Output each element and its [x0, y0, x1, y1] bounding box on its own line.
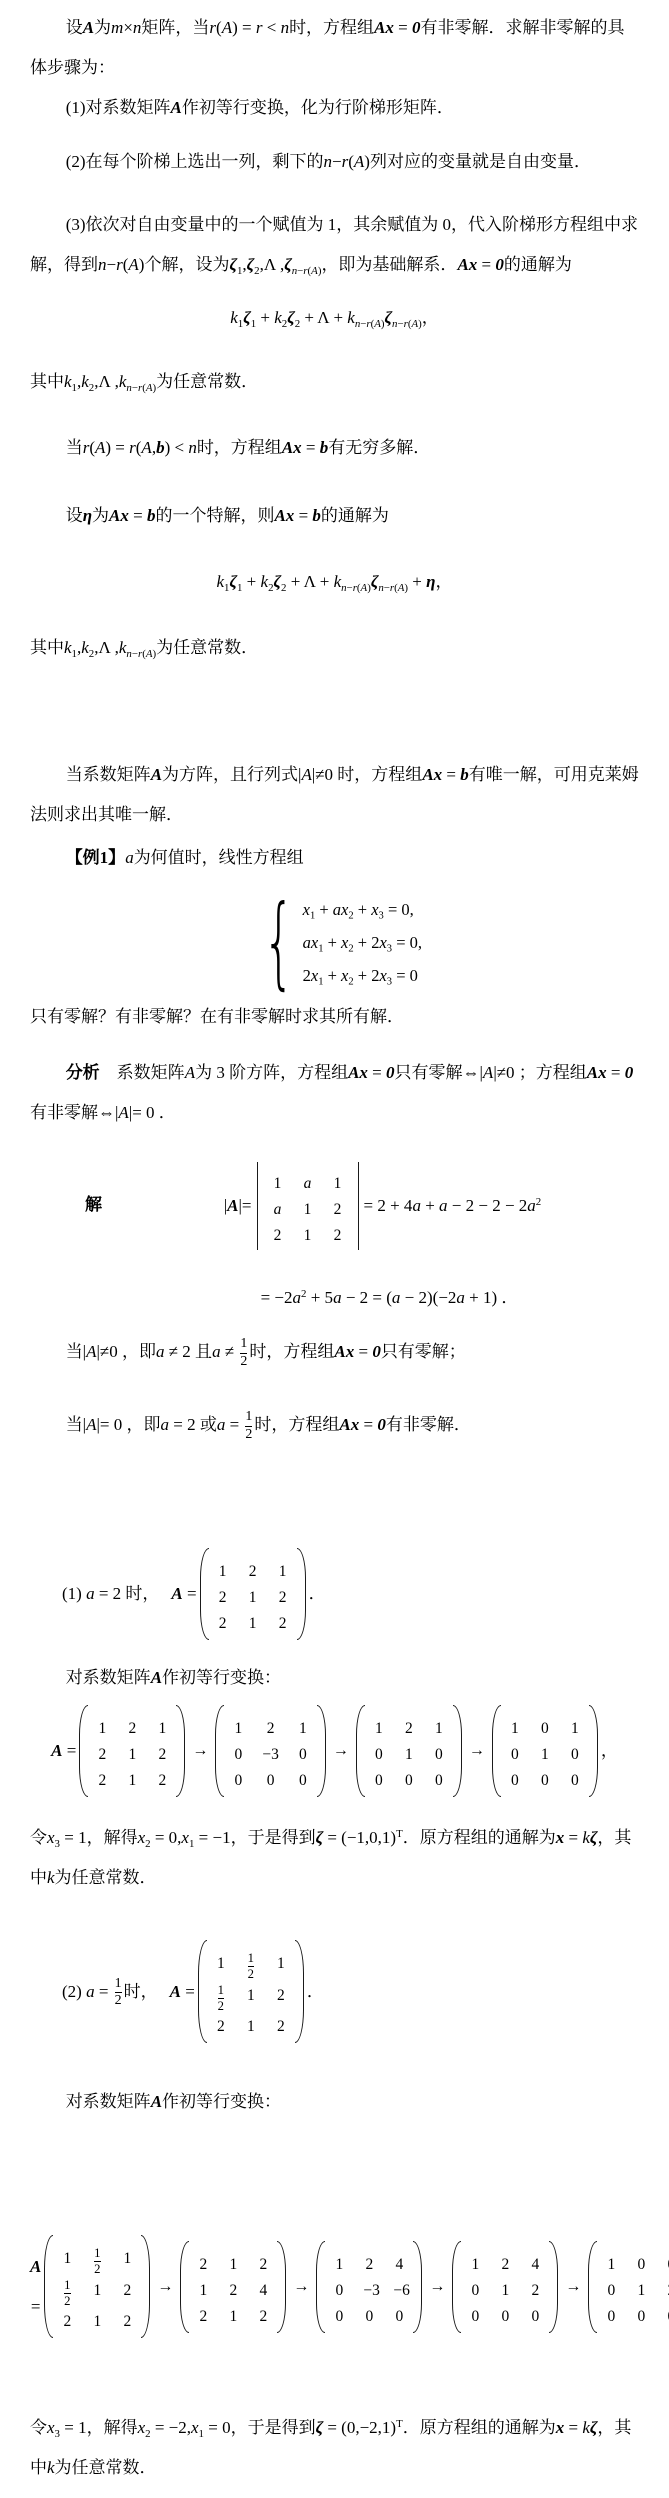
para-rowop-2: 对系数矩阵A作初等行变换： — [30, 2082, 639, 2122]
matrix-A-case2: 11211212212 — [198, 1940, 304, 2043]
matrix-label: A = — [170, 1972, 195, 2012]
determinant-block: 解 |A|= 1a1a12212 = 2 + 4a + a − 2 − 2 − … — [30, 1160, 639, 1250]
textbook-page: 设A为m×n矩阵，当r(A) = r < n时，方程组Ax = 0有非零解．求解… — [0, 0, 669, 2498]
para-question: 只有零解？有非零解？在有非零解时求其所有解． — [30, 997, 639, 1037]
equation-system: { x1 + ax2 + x3 = 0,ax1 + x2 + 2x3 = 0,2… — [247, 892, 422, 992]
arrow-icon: → — [289, 2267, 313, 2307]
chain1-matrix-3: 101010000 — [492, 1705, 598, 1797]
para-constants-1: 其中k1,k2,Λ ,kn−r(A)为任意常数． — [30, 362, 639, 402]
period: ． — [309, 1574, 326, 1614]
para-rowop-1: 对系数矩阵A作初等行变换： — [30, 1658, 639, 1698]
matrix-label: A = — [30, 2247, 41, 2327]
step-1: (1)对系数矩阵A作初等行变换，化为行阶梯形矩阵． — [30, 88, 639, 128]
chain1-matrix-1: 1210−30000 — [215, 1705, 326, 1797]
rowop-chain-2: A = 11211212212 → 212124212 → 1240−3−600… — [30, 2235, 669, 2338]
example-1-title: 【例1】a为何值时，线性方程组 — [30, 838, 639, 878]
para-infinite-solutions: 当r(A) = r(A,b) < n时，方程组Ax = b有无穷多解． — [30, 428, 639, 468]
determinant-expansion: = 2 + 4a + a − 2 − 2 − 2a2 — [364, 1186, 542, 1226]
formula-homogeneous-general-solution: k1ζ1 + k2ζ2 + Λ + kn−r(A)ζn−r(A)， — [30, 298, 639, 338]
comma: ， — [601, 1731, 618, 1771]
determinant-row: |A|= 1a1a12212 = 2 + 4a + a − 2 − 2 − 2a… — [224, 1160, 541, 1252]
chain2-matrix-1: 212124212 — [180, 2241, 286, 2333]
case-2-prefix: (2) a = 12时， — [62, 1972, 158, 2012]
rowop-chain-1-block: A = 121212212 → 1210−30000 → 121010000 →… — [30, 1705, 639, 1797]
para-analysis: 分析 系数矩阵A为 3 阶方阵，方程组Ax = 0只有零解⇔|A|≠0 ；方程组… — [30, 1053, 639, 1133]
para-cramer-rule: 当系数矩阵A为方阵，且行列式|A|≠0 时，方程组Ax = b有唯一解，可用克莱… — [30, 755, 639, 835]
para-intro: 设A为m×n矩阵，当r(A) = r < n时，方程组Ax = 0有非零解．求解… — [30, 8, 639, 88]
rowop-chain-1: A = 121212212 → 1210−30000 → 121010000 →… — [51, 1705, 618, 1797]
chain2-matrix-4: 100012000 — [588, 2241, 669, 2333]
para-case-zero-det: 当|A|= 0 ，即a = 2 或a = 12时，方程组Ax = 0有非零解． — [30, 1405, 639, 1445]
determinant-continuation: = −2a2 + 5a − 2 = (a − 2)(−2a + 1) ． — [85, 1278, 669, 1318]
rowop-chain-2-block: A = 11211212212 → 212124212 → 1240−3−600… — [30, 2235, 639, 2338]
para-solution-2: 令x3 = 1，解得x2 = −2,x1 = 0，于是得到ζ = (0,−2,1… — [30, 2408, 639, 2488]
matrix-label: A = — [171, 1574, 196, 1614]
chain1-matrix-2: 121010000 — [356, 1705, 462, 1797]
para-case-nonzero-det: 当|A|≠0 ，即a ≠ 2 且a ≠ 12时，方程组Ax = 0只有零解； — [30, 1332, 639, 1372]
step-2: (2)在每个阶梯上选出一列，剩下的n−r(A)列对应的变量就是自由变量． — [30, 142, 639, 182]
para-constants-2: 其中k1,k2,Λ ,kn−r(A)为任意常数． — [30, 628, 639, 668]
arrow-icon: → — [425, 2267, 449, 2307]
system-brace: { — [263, 892, 295, 992]
period: ． — [307, 1972, 324, 2012]
case-1-prefix: (1) a = 2 时， — [62, 1574, 159, 1614]
para-solution-1: 令x3 = 1，解得x2 = 0,x1 = −1，于是得到ζ = (−1,0,1… — [30, 1818, 639, 1898]
case-1-matrix-row: A = 121212212 ． — [171, 1548, 325, 1640]
formula-nonhomogeneous-general-solution: k1ζ1 + k2ζ2 + Λ + kn−r(A)ζn−r(A) + η， — [30, 562, 639, 602]
matrix-label: A = — [51, 1731, 76, 1771]
step-3: (3)依次对自由变量中的一个赋值为 1，其余赋值为 0，代入阶梯形方程组中求解，… — [30, 205, 639, 285]
chain2-matrix-3: 124012000 — [452, 2241, 558, 2333]
determinant-matrix: 1a1a12212 — [255, 1160, 361, 1252]
arrow-icon: → — [329, 1731, 353, 1771]
chain2-matrix-0: 11211212212 — [44, 2235, 150, 2338]
equation-system-block: { x1 + ax2 + x3 = 0,ax1 + x2 + 2x3 = 0,2… — [30, 892, 639, 992]
arrow-icon: → — [465, 1731, 489, 1771]
arrow-icon: → — [188, 1731, 212, 1771]
system-lines: x1 + ax2 + x3 = 0,ax1 + x2 + 2x3 = 0,2x1… — [303, 893, 422, 992]
determinant-prefix: |A|= — [224, 1186, 252, 1226]
para-particular-solution: 设η为Ax = b的一个特解，则Ax = b的通解为 — [30, 496, 639, 536]
case-1-matrix-block: (1) a = 2 时， A = 121212212 ． — [62, 1548, 639, 1640]
matrix-A-case1: 121212212 — [200, 1548, 306, 1640]
case-2-matrix-block: (2) a = 12时， A = 11211212212 ． — [62, 1940, 639, 2043]
arrow-icon: → — [561, 2267, 585, 2307]
arrow-icon: → — [153, 2267, 177, 2307]
chain1-matrix-0: 121212212 — [79, 1705, 185, 1797]
case-2-matrix-row: A = 11211212212 ． — [170, 1940, 324, 2043]
chain2-matrix-2: 1240−3−6000 — [316, 2241, 422, 2333]
